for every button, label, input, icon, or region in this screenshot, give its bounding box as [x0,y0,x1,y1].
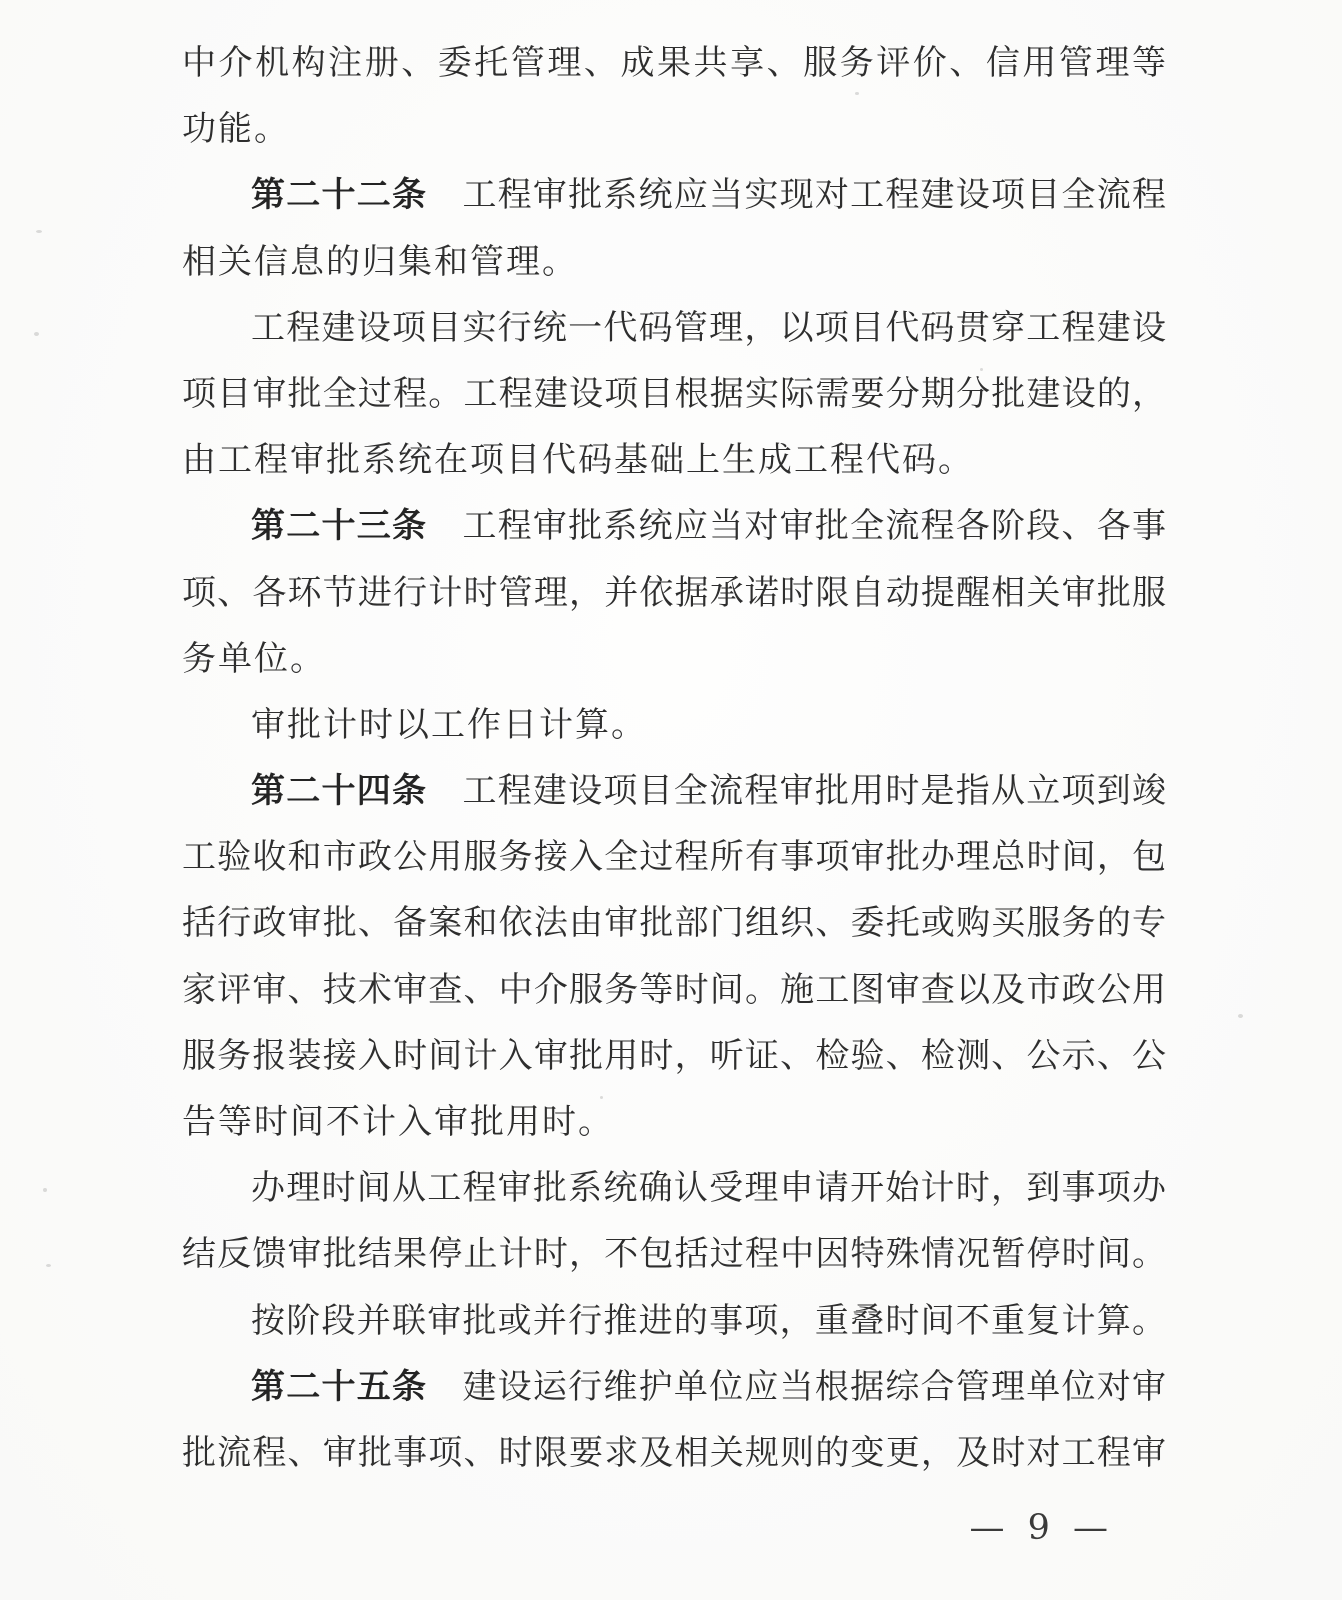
text-segment: 服务报装接入时间计入审批用时，听证、检验、检测、公示、公 [182,1036,1166,1076]
text-segment: 家评审、技术审查、中介服务等时间。施工图审查以及市政公用 [182,970,1166,1010]
text-line: 第二十三条 工程审批系统应当对审批全流程各阶段、各事 [182,493,1166,559]
text-segment: 办理时间从工程审批系统确认受理申请开始计时，到事项办 [251,1168,1166,1208]
scan-artifact [43,1188,47,1192]
text-segment: 工程审批系统应当对审批全流程各阶段、各事 [427,506,1166,546]
text-segment: 工验收和市政公用服务接入全过程所有事项审批办理总时间，包 [182,837,1166,877]
text-line: 服务报装接入时间计入审批用时，听证、检验、检测、公示、公 [182,1023,1166,1089]
article-heading: 第二十五条 [251,1367,427,1407]
article-heading: 第二十二条 [251,175,427,215]
scan-artifact [36,230,42,233]
text-segment: 括行政审批、备案和依法由审批部门组织、委托或购买服务的专 [182,903,1166,943]
text-line: 项目审批全过程。工程建设项目根据实际需要分期分批建设的， [182,361,1166,427]
text-line: 告等时间不计入审批用时。 [182,1089,1166,1155]
text-line: 第二十五条 建设运行维护单位应当根据综合管理单位对审 [182,1354,1166,1420]
text-segment: 务单位。 [182,639,326,679]
scan-artifact [34,332,39,336]
text-segment: 审批计时以工作日计算。 [251,705,647,745]
text-line: 第二十二条 工程审批系统应当实现对工程建设项目全流程 [182,162,1166,228]
text-segment: 项、各环节进行计时管理，并依据承诺时限自动提醒相关审批服 [182,573,1166,613]
text-segment: 按阶段并联审批或并行推进的事项，重叠时间不重复计算。 [251,1301,1166,1341]
text-line: 结反馈审批结果停止计时，不包括过程中因特殊情况暂停时间。 [182,1221,1166,1287]
text-segment: 相关信息的归集和管理。 [182,242,578,282]
text-line: 按阶段并联审批或并行推进的事项，重叠时间不重复计算。 [182,1288,1166,1354]
text-segment: 结反馈审批结果停止计时，不包括过程中因特殊情况暂停时间。 [182,1234,1166,1274]
article-heading: 第二十四条 [251,771,427,811]
text-segment: 告等时间不计入审批用时。 [182,1102,614,1142]
text-segment: 工程建设项目实行统一代码管理，以项目代码贯穿工程建设 [251,308,1166,348]
scan-artifact [1238,1014,1243,1018]
text-line: 第二十四条 工程建设项目全流程审批用时是指从立项到竣 [182,758,1166,824]
text-line: 工程建设项目实行统一代码管理，以项目代码贯穿工程建设 [182,295,1166,361]
scanned-document-page: { "document": { "body": { "lines": [ { "… [0,0,1342,1600]
text-segment: 功能。 [182,109,290,149]
text-line: 由工程审批系统在项目代码基础上生成工程代码。 [182,427,1166,493]
text-segment: 中介机构注册、委托管理、成果共享、服务评价、信用管理等 [182,43,1166,83]
text-line: 功能。 [182,96,1166,162]
text-block: 中介机构注册、委托管理、成果共享、服务评价、信用管理等功能。第二十二条 工程审批… [182,30,1166,1486]
text-segment: 批流程、审批事项、时限要求及相关规则的变更，及时对工程审 [182,1433,1166,1473]
text-segment: 工程审批系统应当实现对工程建设项目全流程 [427,175,1166,215]
text-segment: 项目审批全过程。工程建设项目根据实际需要分期分批建设的， [182,374,1166,414]
text-line: 项、各环节进行计时管理，并依据承诺时限自动提醒相关审批服 [182,560,1166,626]
text-line: 家评审、技术审查、中介服务等时间。施工图审查以及市政公用 [182,957,1166,1023]
page-number: — 9 — [182,1508,1166,1548]
text-line: 工验收和市政公用服务接入全过程所有事项审批办理总时间，包 [182,824,1166,890]
text-segment: 工程建设项目全流程审批用时是指从立项到竣 [427,771,1166,811]
article-heading: 第二十三条 [251,506,427,546]
text-segment: 建设运行维护单位应当根据综合管理单位对审 [427,1367,1166,1407]
text-line: 括行政审批、备案和依法由审批部门组织、委托或购买服务的专 [182,890,1166,956]
text-line: 中介机构注册、委托管理、成果共享、服务评价、信用管理等 [182,30,1166,96]
text-segment: 由工程审批系统在项目代码基础上生成工程代码。 [182,440,974,480]
text-line: 办理时间从工程审批系统确认受理申请开始计时，到事项办 [182,1155,1166,1221]
text-line: 相关信息的归集和管理。 [182,229,1166,295]
text-line: 批流程、审批事项、时限要求及相关规则的变更，及时对工程审 [182,1420,1166,1486]
text-line: 务单位。 [182,626,1166,692]
scan-artifact [46,1264,51,1267]
text-line: 审批计时以工作日计算。 [182,692,1166,758]
